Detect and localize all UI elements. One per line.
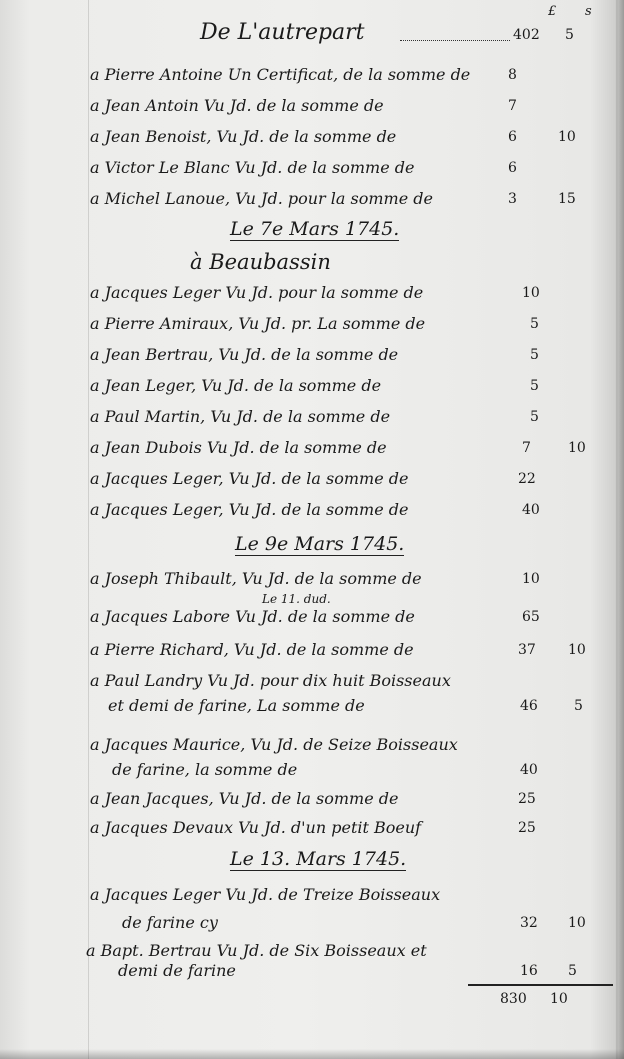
amount-sols: 5 (565, 22, 574, 48)
entry-text: a Jean Benoist, Vu Jd. de la somme de (90, 124, 396, 150)
entry-text: de farine cy (122, 910, 218, 936)
ledger-entry: a Jacques Leger, Vu Jd. de la somme de 4… (90, 497, 610, 523)
amount-sols: 5 (574, 693, 583, 719)
amount-livres: 5 (530, 342, 539, 368)
entry-text: a Jean Jacques, Vu Jd. de la somme de (90, 786, 399, 812)
margin-line (88, 0, 89, 1059)
amount-livres: 7 (522, 435, 531, 461)
ledger-entry: a Jean Jacques, Vu Jd. de la somme de 25 (90, 786, 610, 812)
amount-livres: 5 (530, 311, 539, 337)
date-heading: Le 13. Mars 1745. (230, 848, 406, 871)
amount-livres: 7 (508, 93, 517, 119)
amount-livres: 10 (522, 566, 540, 592)
ledger-entry: a Michel Lanoue, Vu Jd. pour la somme de… (90, 186, 610, 212)
date-heading: Le 9e Mars 1745. (235, 533, 404, 556)
entry-text: a Jacques Devaux Vu Jd. d'un petit Boeuf (90, 815, 421, 841)
amount-livres: 40 (522, 497, 540, 523)
amount-livres: 25 (518, 815, 536, 841)
entry-text: a Michel Lanoue, Vu Jd. pour la somme de (90, 186, 433, 212)
entry-text: a Jacques Labore Vu Jd. de la somme de (90, 604, 415, 630)
ledger-entry: a Jean Leger, Vu Jd. de la somme de 5 (90, 373, 610, 399)
ledger-entry-continuation: demi de farine 16 5 (118, 958, 610, 984)
ledger-entry: a Jacques Leger Vu Jd. de Treize Boissea… (90, 882, 610, 908)
entry-text: a Victor Le Blanc Vu Jd. de la somme de (90, 155, 414, 181)
amount-livres: 8 (508, 62, 517, 88)
entry-text: a Jacques Maurice, Vu Jd. de Seize Boiss… (90, 732, 458, 758)
ledger-page: £ s De L'autrepart 402 5 a Pierre Antoin… (0, 0, 624, 1059)
amount-sols: 10 (558, 124, 576, 150)
ledger-entry: a Jacques Leger, Vu Jd. de la somme de 2… (90, 466, 610, 492)
entry-text: et demi de farine, La somme de (108, 693, 365, 719)
ledger-entry: a Jacques Maurice, Vu Jd. de Seize Boiss… (90, 732, 610, 758)
ledger-entry-continuation: de farine cy 32 10 (122, 910, 610, 936)
ledger-entry: a Pierre Antoine Un Certificat, de la so… (90, 62, 610, 88)
ledger-entry: a Jean Bertrau, Vu Jd. de la somme de 5 (90, 342, 610, 368)
column-header-sols: s (585, 4, 592, 19)
carried-forward-label: De L'autrepart (200, 20, 365, 45)
ledger-entry: a Joseph Thibault, Vu Jd. de la somme de… (90, 566, 610, 592)
total-row: 830 10 (500, 986, 610, 1012)
entry-text: a Jacques Leger Vu Jd. de Treize Boissea… (90, 882, 440, 908)
ledger-entry: a Pierre Amiraux, Vu Jd. pr. La somme de… (90, 311, 610, 337)
entry-text: a Jean Leger, Vu Jd. de la somme de (90, 373, 381, 399)
amount-livres: 5 (530, 404, 539, 430)
amount-sols: 15 (558, 186, 576, 212)
amount-livres: 37 (518, 637, 536, 663)
amount-livres: 32 (520, 910, 538, 936)
amount-livres: 25 (518, 786, 536, 812)
amount-livres: 3 (508, 186, 517, 212)
ledger-entry: a Victor Le Blanc Vu Jd. de la somme de … (90, 155, 610, 181)
entry-text: de farine, la somme de (112, 757, 297, 783)
amount-livres: 5 (530, 373, 539, 399)
ledger-entry: a Jacques Labore Vu Jd. de la somme de 6… (90, 604, 610, 630)
entry-text: a Joseph Thibault, Vu Jd. de la somme de (90, 566, 422, 592)
entry-text: a Pierre Antoine Un Certificat, de la so… (90, 62, 470, 88)
amount-livres: 402 (513, 22, 540, 48)
ledger-entry-continuation: de farine, la somme de 40 (112, 757, 610, 783)
amount-livres: 22 (518, 466, 536, 492)
ledger-entry: a Jean Dubois Vu Jd. de la somme de 7 10 (90, 435, 610, 461)
page-edge (616, 0, 618, 1059)
ledger-entry-continuation: et demi de farine, La somme de 46 5 (108, 693, 610, 719)
entry-text: a Jacques Leger, Vu Jd. de la somme de (90, 466, 408, 492)
amount-livres: 65 (522, 604, 540, 630)
entry-text: a Jean Bertrau, Vu Jd. de la somme de (90, 342, 398, 368)
entry-text: a Jean Dubois Vu Jd. de la somme de (90, 435, 387, 461)
amount-sols: 10 (568, 637, 586, 663)
amount-livres: 10 (522, 280, 540, 306)
entry-text: a Paul Landry Vu Jd. pour dix huit Boiss… (90, 668, 451, 694)
column-header-livres: £ (548, 4, 556, 19)
amount-livres: 6 (508, 155, 517, 181)
ledger-entry: a Jean Benoist, Vu Jd. de la somme de 6 … (90, 124, 610, 150)
total-livres: 830 (500, 986, 527, 1012)
amount-sols: 5 (568, 958, 577, 984)
amount-livres: 6 (508, 124, 517, 150)
ledger-entry: a Jacques Leger Vu Jd. pour la somme de … (90, 280, 610, 306)
entry-text: a Paul Martin, Vu Jd. de la somme de (90, 404, 390, 430)
date-heading: Le 7e Mars 1745. (230, 218, 399, 241)
total-sols: 10 (550, 986, 568, 1012)
dotted-leader (400, 14, 510, 41)
ledger-entry: a Paul Martin, Vu Jd. de la somme de 5 (90, 404, 610, 430)
entry-text: a Jacques Leger, Vu Jd. de la somme de (90, 497, 408, 523)
entry-text: demi de farine (118, 958, 236, 984)
amount-livres: 40 (520, 757, 538, 783)
ledger-entry: a Jacques Devaux Vu Jd. d'un petit Boeuf… (90, 815, 610, 841)
amount-sols: 10 (568, 910, 586, 936)
ledger-entry: a Paul Landry Vu Jd. pour dix huit Boiss… (90, 668, 610, 694)
entry-text: a Pierre Amiraux, Vu Jd. pr. La somme de (90, 311, 425, 337)
page-bottom-shadow (0, 1049, 624, 1059)
ledger-entry: a Jean Antoin Vu Jd. de la somme de 7 (90, 93, 610, 119)
entry-text: a Jean Antoin Vu Jd. de la somme de (90, 93, 384, 119)
ledger-entry: a Pierre Richard, Vu Jd. de la somme de … (90, 637, 610, 663)
amount-sols: 10 (568, 435, 586, 461)
location-heading: à Beaubassin (190, 250, 331, 274)
amount-livres: 16 (520, 958, 538, 984)
entry-text: a Pierre Richard, Vu Jd. de la somme de (90, 637, 414, 663)
amount-livres: 46 (520, 693, 538, 719)
carried-forward-row: 402 5 (400, 22, 610, 48)
entry-text: a Jacques Leger Vu Jd. pour la somme de (90, 280, 423, 306)
